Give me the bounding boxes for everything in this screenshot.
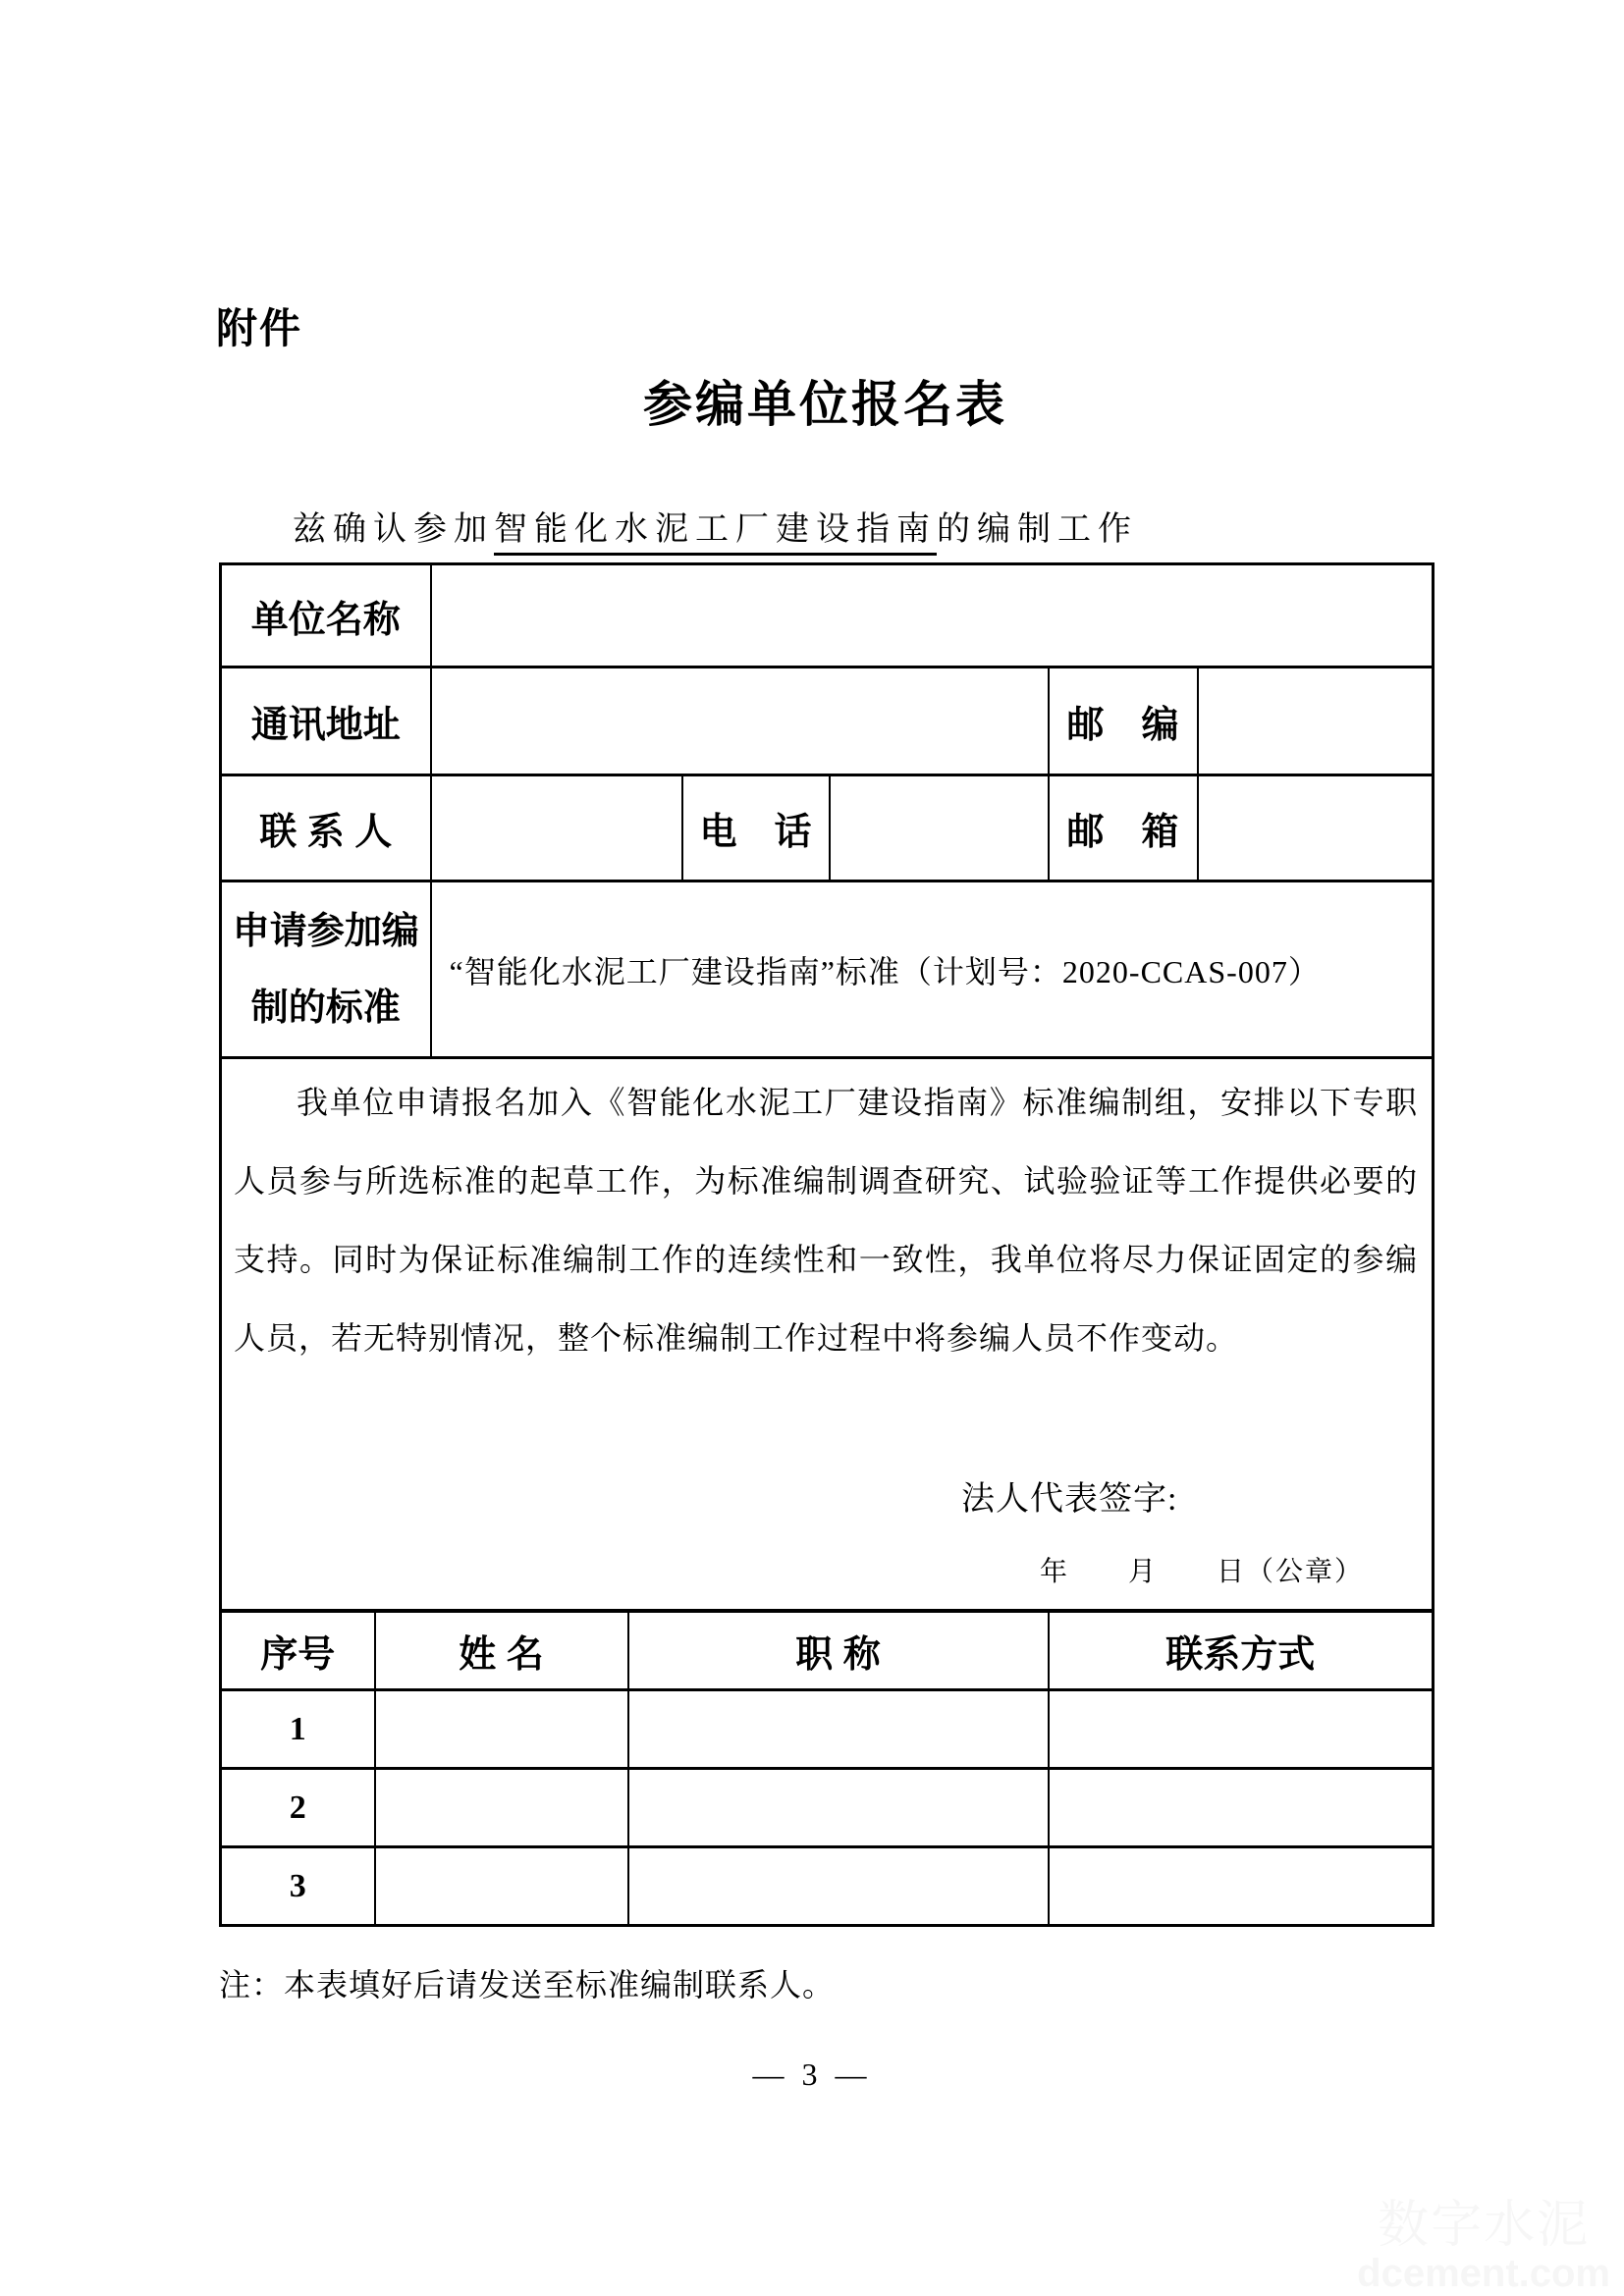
member-row: 3 (221, 1847, 1434, 1926)
member-no: 2 (221, 1769, 375, 1847)
unit-name-label: 单位名称 (221, 564, 431, 667)
member-title-cell (628, 1690, 1049, 1769)
confirmation-standard-name: 智能化水泥工厂建设指南 (494, 511, 937, 556)
col-header-title: 职 称 (628, 1611, 1049, 1690)
member-contact-cell (1049, 1690, 1434, 1769)
member-no: 3 (221, 1847, 375, 1926)
signature-label: 法人代表签字: (961, 1471, 1177, 1520)
members-header-row: 序号 姓 名 职 称 联系方式 (221, 1611, 1434, 1690)
member-no: 1 (221, 1690, 375, 1769)
member-name-cell (375, 1690, 628, 1769)
registration-form-table: 单位名称 通讯地址 邮 编 联 系 人 电 话 邮 箱 申请参加编 制 (219, 562, 1435, 1927)
email-label: 邮 箱 (1049, 775, 1198, 881)
member-contact-cell (1049, 1769, 1434, 1847)
confirmation-line: 兹确认参加智能化水泥工厂建设指南的编制工作 (293, 502, 1138, 550)
confirmation-prefix: 兹确认参加 (293, 511, 494, 548)
date-line: 年 月 日（公章） (1040, 1550, 1364, 1589)
postcode-label: 邮 编 (1049, 667, 1198, 775)
standard-value-cell: “智能化水泥工厂建设指南”标准（计划号：2020-CCAS-007） (431, 881, 1434, 1058)
confirmation-suffix: 的编制工作 (937, 511, 1138, 548)
member-name-cell (375, 1847, 628, 1926)
standard-label: 申请参加编 制的标准 (221, 881, 431, 1058)
contact-value-cell (431, 775, 682, 881)
postcode-value-cell (1198, 667, 1434, 775)
member-title-cell (628, 1769, 1049, 1847)
member-name-cell (375, 1769, 628, 1847)
member-title-cell (628, 1847, 1049, 1926)
document-page: 附件 参编单位报名表 兹确认参加智能化水泥工厂建设指南的编制工作 单位名称 通讯… (0, 0, 1624, 2296)
member-row: 2 (221, 1769, 1434, 1847)
standard-label-line2: 制的标准 (222, 970, 430, 1046)
watermark-cn-text: 数字水泥 (1357, 2199, 1610, 2253)
declaration-row: 我单位申请报名加入《智能化水泥工厂建设指南》标准编制组，安排以下专职人员参与所选… (221, 1058, 1434, 1611)
contact-label: 联 系 人 (221, 775, 431, 881)
declaration-paragraph: 我单位申请报名加入《智能化水泥工厂建设指南》标准编制组，安排以下专职人员参与所选… (222, 1059, 1432, 1377)
col-header-contact: 联系方式 (1049, 1611, 1434, 1690)
declaration-cell: 我单位申请报名加入《智能化水泥工厂建设指南》标准编制组，安排以下专职人员参与所选… (221, 1058, 1434, 1611)
address-label: 通讯地址 (221, 667, 431, 775)
address-row: 通讯地址 邮 编 (221, 667, 1434, 775)
unit-name-value-cell (431, 564, 1434, 667)
member-contact-cell (1049, 1847, 1434, 1926)
watermark-domain-text: dcement.com (1357, 2253, 1610, 2294)
member-row: 1 (221, 1690, 1434, 1769)
phone-value-cell (830, 775, 1049, 881)
page-number: — 3 — (0, 2056, 1624, 2093)
unit-name-row: 单位名称 (221, 564, 1434, 667)
footer-note: 注：本表填好后请发送至标准编制联系人。 (219, 1960, 835, 2005)
standard-row: 申请参加编 制的标准 “智能化水泥工厂建设指南”标准（计划号：2020-CCAS… (221, 881, 1434, 1058)
address-value-cell (431, 667, 1049, 775)
attachment-label: 附件 (216, 296, 302, 355)
col-header-name: 姓 名 (375, 1611, 628, 1690)
watermark: 数字水泥 dcement.com (1357, 2199, 1610, 2294)
standard-label-line1: 申请参加编 (222, 893, 430, 970)
phone-label: 电 话 (682, 775, 830, 881)
declaration-wrap: 我单位申请报名加入《智能化水泥工厂建设指南》标准编制组，安排以下专职人员参与所选… (222, 1059, 1432, 1607)
contact-row: 联 系 人 电 话 邮 箱 (221, 775, 1434, 881)
email-value-cell (1198, 775, 1434, 881)
page-title: 参编单位报名表 (219, 365, 1432, 436)
col-header-no: 序号 (221, 1611, 375, 1690)
